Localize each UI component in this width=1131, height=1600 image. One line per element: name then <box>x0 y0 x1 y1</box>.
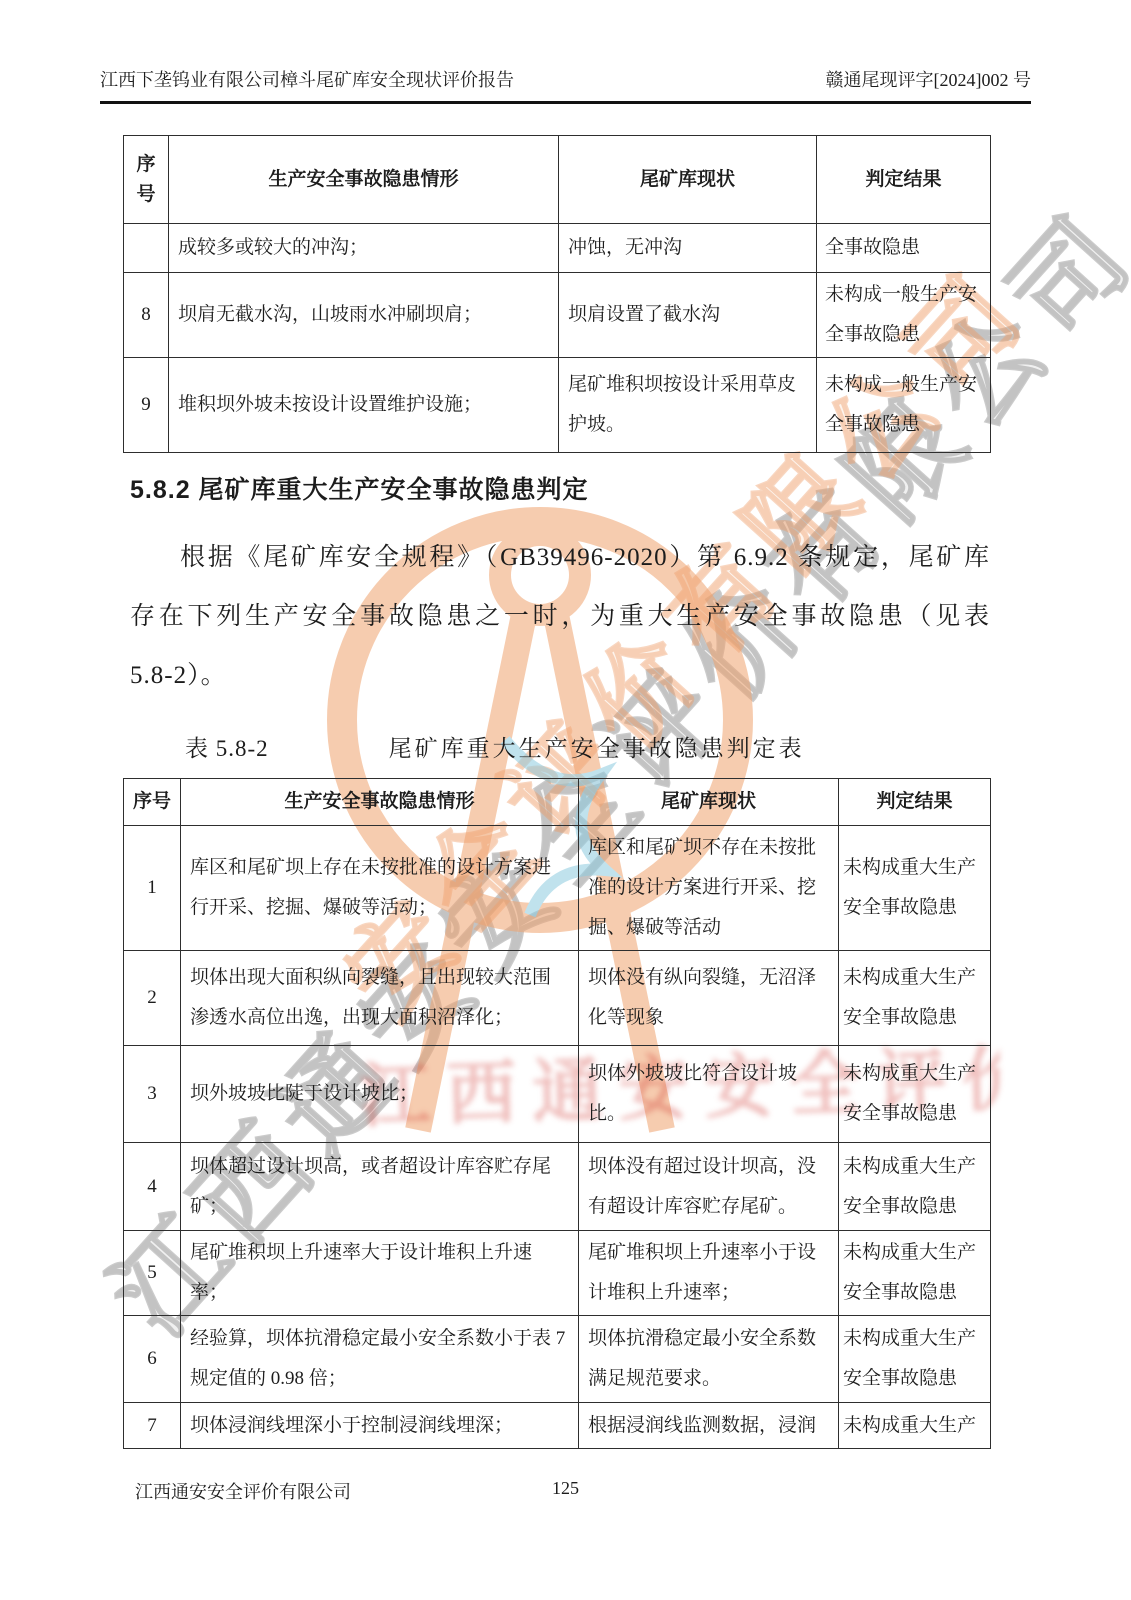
table-caption-label: 表 5.8-2 <box>185 730 269 763</box>
table-cell: 坝肩设置了截水沟 <box>559 273 817 358</box>
table-cell: 冲蚀，无冲沟 <box>559 224 817 273</box>
row-index-cell: 4 <box>124 1143 181 1231</box>
table-cell: 坝体没有纵向裂缝，无沼泽化等现象 <box>579 951 839 1046</box>
table-cell: 未构成一般生产安全事故隐患 <box>817 358 991 453</box>
table-row: 5尾矿堆积坝上升速率大于设计堆积上升速率；尾矿堆积坝上升速率小于设计堆积上升速率… <box>124 1231 991 1316</box>
hazard-table-major: 序号生产安全事故隐患情形尾矿库现状判定结果1库区和尾矿坝上存在未按批准的设计方案… <box>123 778 991 1449</box>
table-row: 2坝体出现大面积纵向裂缝，且出现较大范围渗透水高位出逸，出现大面积沼泽化；坝体没… <box>124 951 991 1046</box>
table-cell: 未构成重大生产安全事故隐患 <box>839 951 991 1046</box>
table-row: 成较多或较大的冲沟；冲蚀，无冲沟全事故隐患 <box>124 224 991 273</box>
table-row: 1库区和尾矿坝上存在未按批准的设计方案进行开采、挖掘、爆破等活动；库区和尾矿坝不… <box>124 826 991 951</box>
table-cell: 尾矿堆积坝上升速率大于设计堆积上升速率； <box>181 1231 579 1316</box>
table-cell: 坝体超过设计坝高，或者超设计库容贮存尾矿； <box>181 1143 579 1231</box>
row-index-cell: 8 <box>124 273 169 358</box>
table-cell: 未构成重大生产安全事故隐患 <box>839 1316 991 1403</box>
page-number: 125 <box>100 1478 1031 1499</box>
table-cell: 尾矿堆积坝按设计采用草皮护坡。 <box>559 358 817 453</box>
table-cell: 成较多或较大的冲沟； <box>169 224 559 273</box>
table-cell: 坝外坡坡比陡于设计坡比； <box>181 1046 579 1143</box>
table-cell: 坝体外坡坡比符合设计坡比。 <box>579 1046 839 1143</box>
table-cell: 坝肩无截水沟，山坡雨水冲刷坝肩； <box>169 273 559 358</box>
table-cell: 坝体出现大面积纵向裂缝，且出现较大范围渗透水高位出逸，出现大面积沼泽化； <box>181 951 579 1046</box>
document-number: 赣通尾现评字[2024]002 号 <box>826 66 1032 92</box>
page-header: 江西下垄钨业有限公司樟斗尾矿库安全现状评价报告 赣通尾现评字[2024]002 … <box>100 66 1031 104</box>
table-row: 6经验算，坝体抗滑稳定最小安全系数小于表 7 规定值的 0.98 倍；坝体抗滑稳… <box>124 1316 991 1403</box>
table-cell: 堆积坝外坡未按设计设置维护设施； <box>169 358 559 453</box>
table-cell: 库区和尾矿坝上存在未按批准的设计方案进行开采、挖掘、爆破等活动； <box>181 826 579 951</box>
column-header: 尾矿库现状 <box>559 136 817 224</box>
table-cell: 未构成一般生产安全事故隐患 <box>817 273 991 358</box>
column-header: 生产安全事故隐患情形 <box>181 779 579 826</box>
row-index-cell <box>124 224 169 273</box>
table-cell: 全事故隐患 <box>817 224 991 273</box>
column-header: 尾矿库现状 <box>579 779 839 826</box>
row-index-cell: 3 <box>124 1046 181 1143</box>
hazard-table-general: 序号生产安全事故隐患情形尾矿库现状判定结果成较多或较大的冲沟；冲蚀，无冲沟全事故… <box>123 135 991 453</box>
column-header: 判定结果 <box>817 136 991 224</box>
table-cell: 未构成重大生产安全事故隐患 <box>839 1046 991 1143</box>
column-header: 生产安全事故隐患情形 <box>169 136 559 224</box>
table-row: 4坝体超过设计坝高，或者超设计库容贮存尾矿；坝体没有超过设计坝高，没有超设计库容… <box>124 1143 991 1231</box>
table-caption-title: 尾矿库重大生产安全事故隐患判定表 <box>389 730 805 763</box>
table-cell: 坝体抗滑稳定最小安全系数满足规范要求。 <box>579 1316 839 1403</box>
table-cell: 尾矿堆积坝上升速率小于设计堆积上升速率； <box>579 1231 839 1316</box>
row-index-cell: 5 <box>124 1231 181 1316</box>
row-index-cell: 1 <box>124 826 181 951</box>
row-index-cell: 9 <box>124 358 169 453</box>
row-index-cell: 7 <box>124 1403 181 1449</box>
paragraph-line: 存在下列生产安全事故隐患之一时，为重大生产安全事故隐患（见表 <box>130 587 990 646</box>
table-row: 3坝外坡坡比陡于设计坡比；坝体外坡坡比符合设计坡比。未构成重大生产安全事故隐患 <box>124 1046 991 1143</box>
table-cell: 库区和尾矿坝不存在未按批准的设计方案进行开采、挖掘、爆破等活动 <box>579 826 839 951</box>
table-cell: 坝体没有超过设计坝高，没有超设计库容贮存尾矿。 <box>579 1143 839 1231</box>
row-index-cell: 6 <box>124 1316 181 1403</box>
column-header: 序号 <box>124 136 169 224</box>
document-page: 江西通安安全评价有限公司 安全评价有限公司 江西通安安全评价 江西下垄钨业有限公… <box>0 0 1131 1600</box>
column-header: 序号 <box>124 779 181 826</box>
table-caption: 表 5.8-2 尾矿库重大生产安全事故隐患判定表 <box>123 730 990 763</box>
table-row: 7坝体浸润线埋深小于控制浸润线埋深；根据浸润线监测数据，浸润未构成重大生产 <box>124 1403 991 1449</box>
table-cell: 经验算，坝体抗滑稳定最小安全系数小于表 7 规定值的 0.98 倍； <box>181 1316 579 1403</box>
table-cell: 未构成重大生产 <box>839 1403 991 1449</box>
row-index-cell: 2 <box>124 951 181 1046</box>
report-title: 江西下垄钨业有限公司樟斗尾矿库安全现状评价报告 <box>100 66 514 92</box>
column-header: 判定结果 <box>839 779 991 826</box>
paragraph-line: 根据《尾矿库安全规程》（GB39496-2020）第 6.9.2 条规定，尾矿库 <box>130 528 990 587</box>
table-cell: 未构成重大生产安全事故隐患 <box>839 826 991 951</box>
table-row: 9堆积坝外坡未按设计设置维护设施；尾矿堆积坝按设计采用草皮护坡。未构成一般生产安… <box>124 358 991 453</box>
paragraph-line: 5.8-2）。 <box>130 646 990 705</box>
table-cell: 未构成重大生产安全事故隐患 <box>839 1231 991 1316</box>
table-cell: 坝体浸润线埋深小于控制浸润线埋深； <box>181 1403 579 1449</box>
body-paragraph: 根据《尾矿库安全规程》（GB39496-2020）第 6.9.2 条规定，尾矿库… <box>130 528 990 705</box>
table-row: 8坝肩无截水沟，山坡雨水冲刷坝肩；坝肩设置了截水沟未构成一般生产安全事故隐患 <box>124 273 991 358</box>
section-heading: 5.8.2 尾矿库重大生产安全事故隐患判定 <box>130 470 589 506</box>
table-cell: 未构成重大生产安全事故隐患 <box>839 1143 991 1231</box>
table-cell: 根据浸润线监测数据，浸润 <box>579 1403 839 1449</box>
